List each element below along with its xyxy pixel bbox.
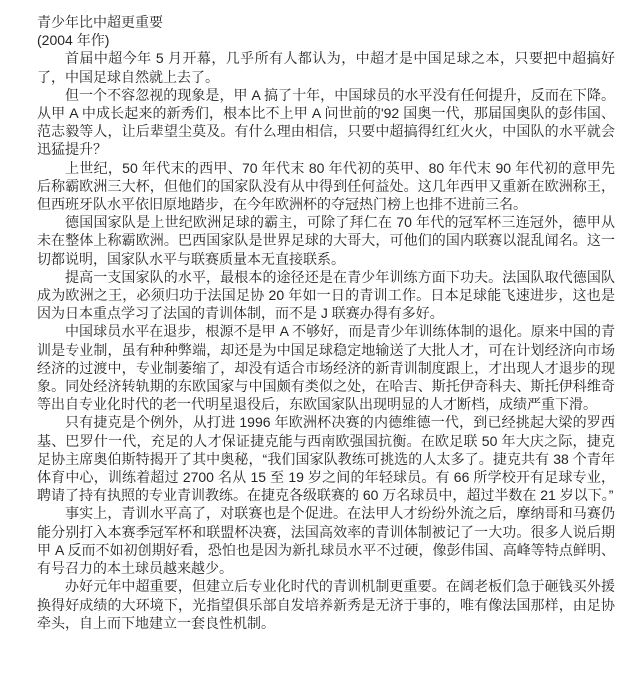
paragraph: 事实上，青训水平高了，对联赛也是个促进。在法甲人才纷纷外流之后，摩纳哥和马赛仍能… (37, 504, 615, 577)
document-body: 首届中超今年 5 月开幕，几乎所有人都认为，中超才是中国足球之本，只要把中超搞好… (37, 49, 615, 632)
paragraph: 上世纪，50 年代末的西甲、70 年代末 80 年代初的英甲、80 年代末 90… (37, 159, 615, 214)
paragraph: 但一个不容忽视的现象是，甲 A 搞了十年，中国球员的水平没有任何提升，反而在下降… (37, 86, 615, 159)
paragraph: 中国球员水平在退步，根源不是甲 A 不够好，而是青少年训练体制的退化。原来中国的… (37, 322, 615, 413)
document-page: 青少年比中超更重要 (2004 年作) 首届中超今年 5 月开幕，几乎所有人都认… (0, 0, 640, 675)
paragraph: 提高一支国家队的水平，最根本的途径还是在青少年训练方面下功夫。法国队取代德国队成… (37, 268, 615, 323)
paragraph: 只有捷克是个例外，从打进 1996 年欧洲杯决赛的内德维德一代，到已经挑起大梁的… (37, 413, 615, 504)
document-subtitle: (2004 年作) (37, 31, 615, 49)
paragraph: 首届中超今年 5 月开幕，几乎所有人都认为，中超才是中国足球之本，只要把中超搞好… (37, 49, 615, 85)
paragraph: 德国国家队是上世纪欧洲足球的霸主，可除了拜仁在 70 年代的冠军杯三连冠外，德甲… (37, 213, 615, 268)
paragraph: 办好元年中超重要，但建立后专业化时代的青训机制更重要。在阔老板们急于砸钱买外援换… (37, 577, 615, 632)
document-title: 青少年比中超更重要 (37, 13, 615, 31)
